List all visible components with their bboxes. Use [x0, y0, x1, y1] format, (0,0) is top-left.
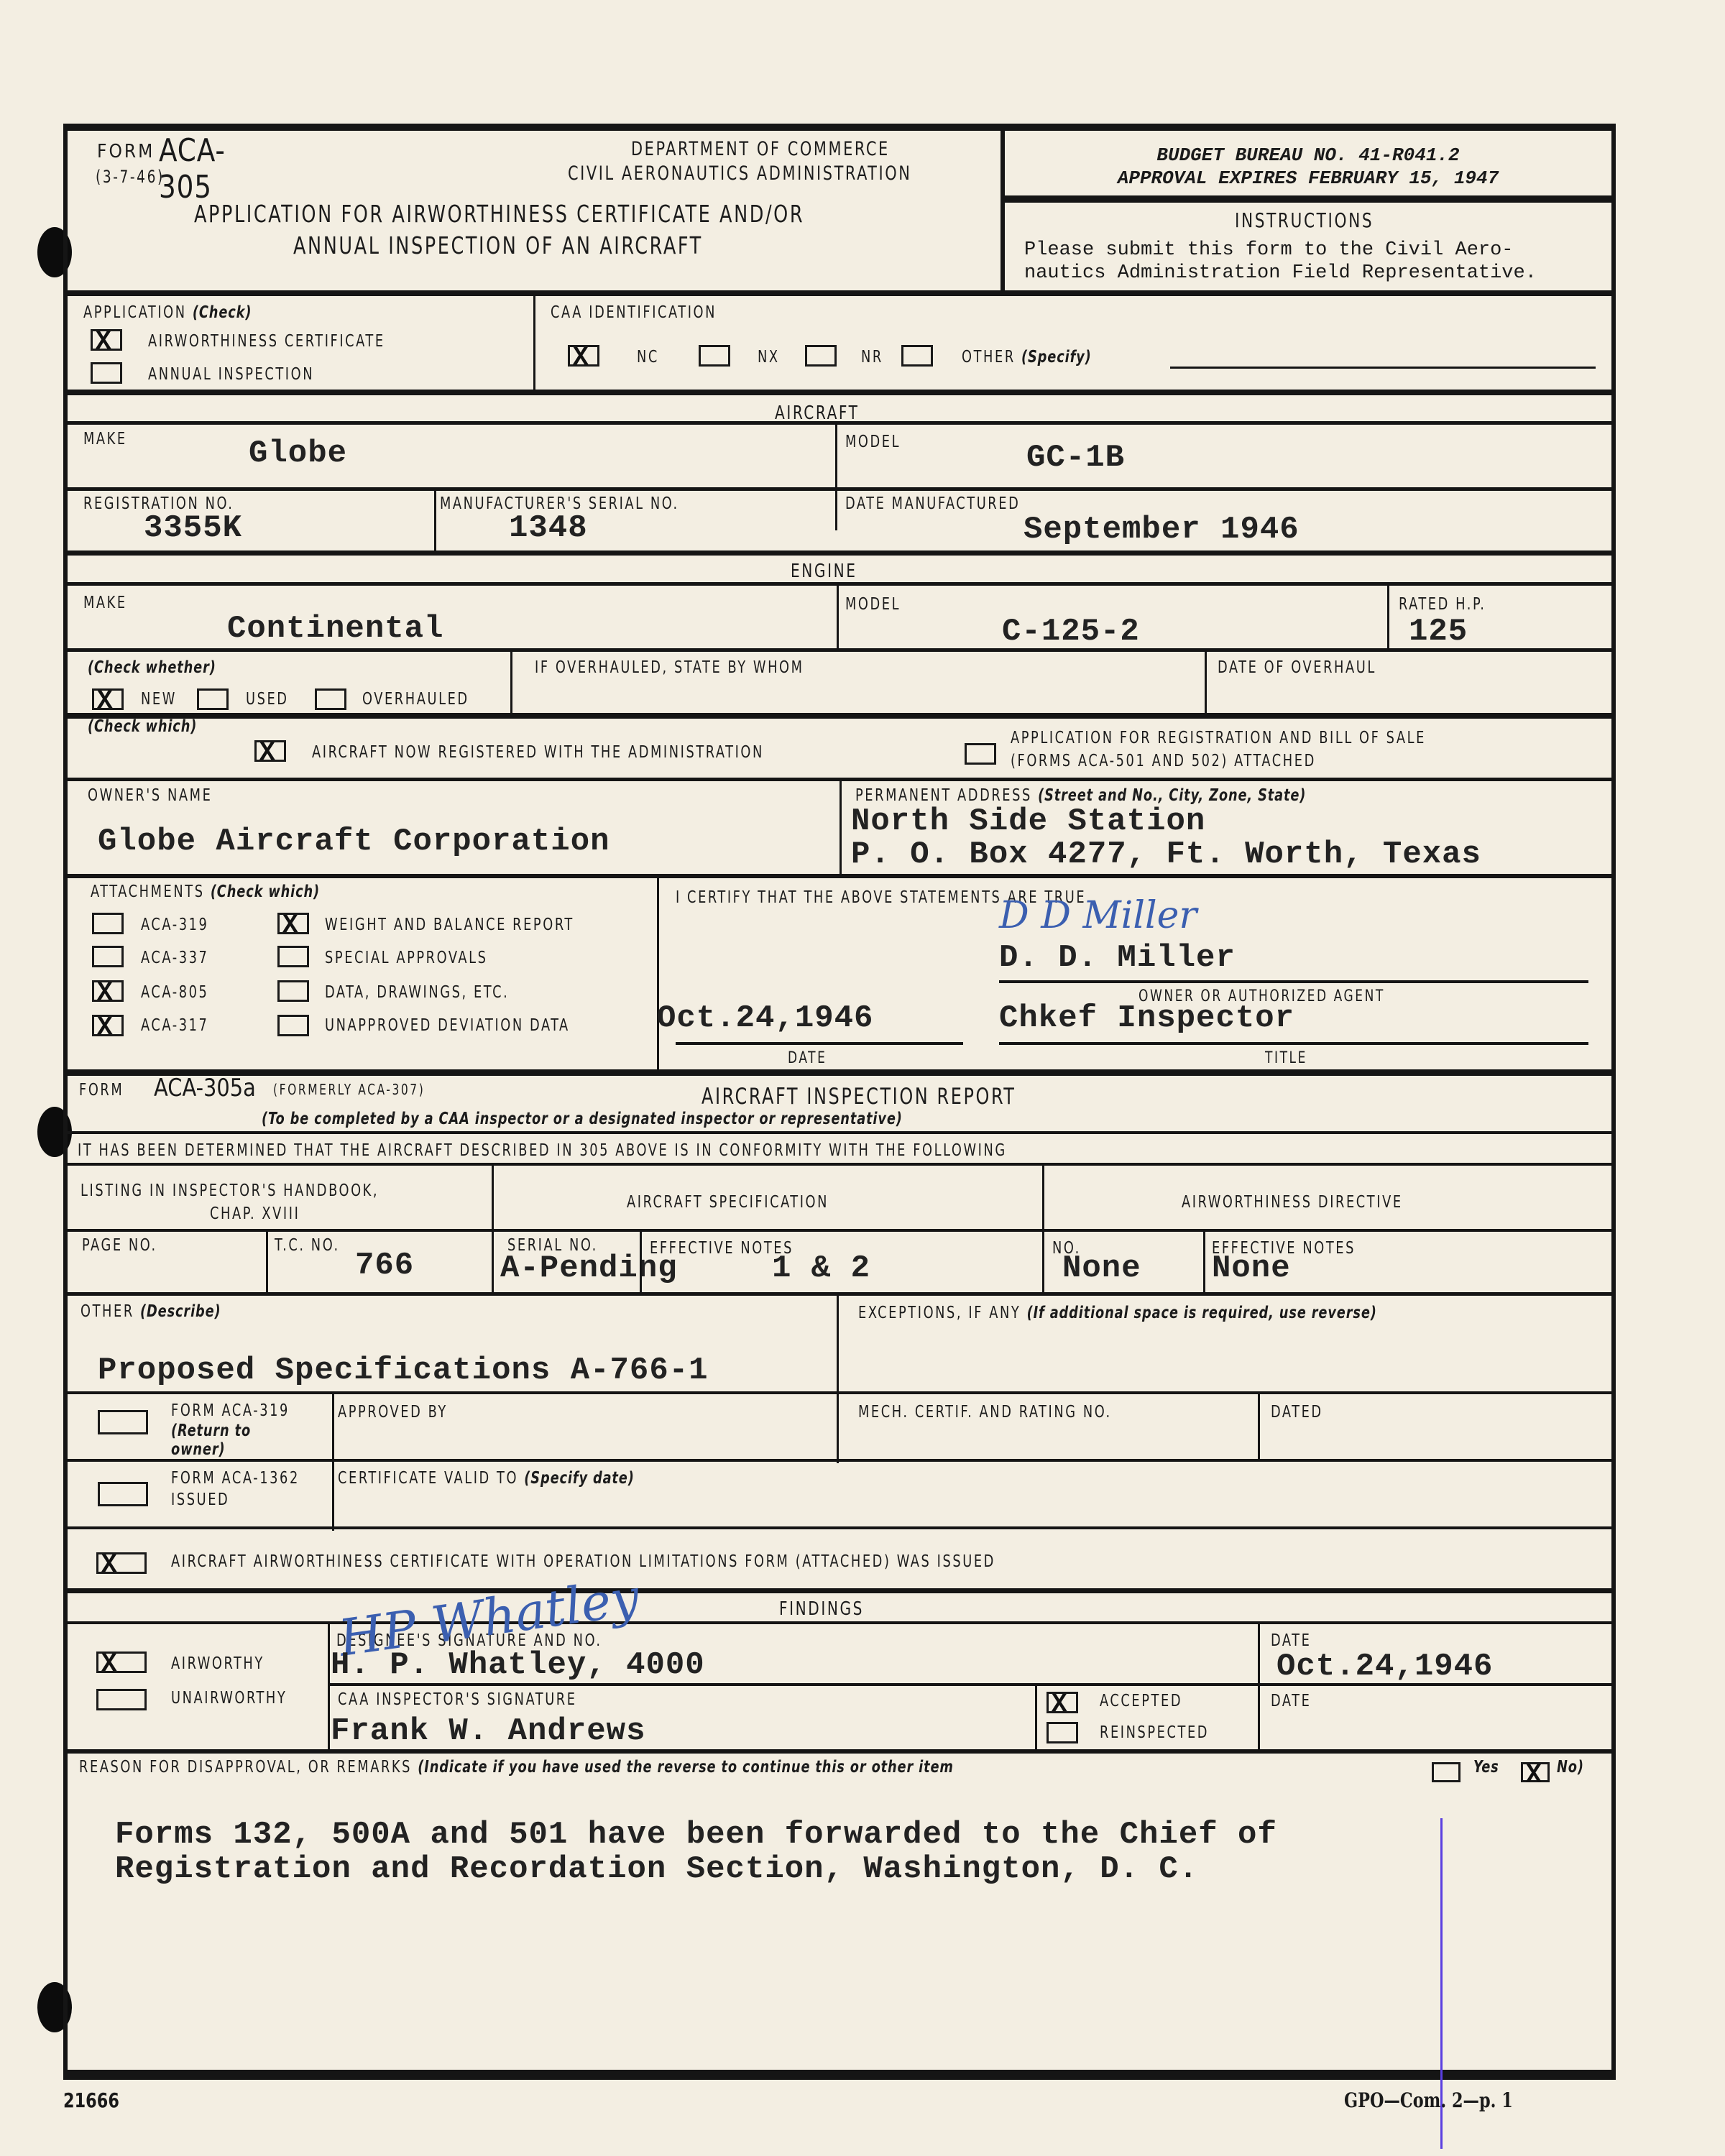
- checkbox-reinspected[interactable]: [1046, 1722, 1078, 1743]
- report-form-number: ACA-305a: [154, 1074, 256, 1102]
- budget-box: BUDGET BUREAU NO. 41-R041.2 APPROVAL EXP…: [1057, 144, 1560, 190]
- checkbox-remarks-yes[interactable]: [1432, 1762, 1460, 1782]
- owner-name[interactable]: Globe Aircraft Corporation: [98, 824, 610, 860]
- findings-date[interactable]: Oct.24,1946: [1276, 1649, 1493, 1685]
- option-used: USED: [246, 690, 289, 709]
- aircraft-registered-label: AIRCRAFT NOW REGISTERED WITH THE ADMINIS…: [312, 743, 764, 762]
- aircraft-model-label: MODEL: [845, 433, 901, 451]
- checkbox-unairworthy[interactable]: [96, 1689, 147, 1710]
- budget-bureau: BUDGET BUREAU NO. 41-R041.2: [1057, 144, 1560, 167]
- checkbox-nx[interactable]: [699, 345, 730, 367]
- remarks-line1[interactable]: Forms 132, 500A and 501 have been forwar…: [115, 1817, 1277, 1853]
- attachment-weight-balance: WEIGHT AND BALANCE REPORT: [325, 916, 574, 934]
- valid-to-label: CERTIFICATE VALID TO (Specify date): [338, 1469, 635, 1488]
- date-manufactured[interactable]: September 1946: [1023, 512, 1299, 548]
- ad-number[interactable]: None: [1062, 1250, 1141, 1286]
- date-label: DATE: [788, 1049, 827, 1067]
- checkbox-aca-337[interactable]: [92, 946, 124, 967]
- checkbox-aircraft-registered[interactable]: [254, 740, 286, 762]
- option-overhauled: OVERHAULED: [362, 690, 469, 709]
- attachment-data-drawings: DATA, DRAWINGS, ETC.: [325, 983, 509, 1002]
- checkbox-special-approvals[interactable]: [277, 946, 309, 967]
- registration-status-label: (Check which): [88, 717, 197, 736]
- handbook-chapter: CHAP. XVIII: [210, 1204, 300, 1223]
- checkbox-airworthiness-certificate[interactable]: [91, 329, 122, 351]
- checkbox-weight-balance[interactable]: [277, 913, 309, 934]
- overhaul-date-label: DATE OF OVERHAUL: [1218, 658, 1376, 677]
- certification-date[interactable]: Oct.24,1946: [657, 1000, 873, 1036]
- report-formerly: (FORMERLY ACA-307): [273, 1081, 425, 1098]
- footer-code: 21666: [63, 2088, 119, 2112]
- checkbox-nr[interactable]: [805, 345, 837, 367]
- mech-cert-label: MECH. CERTIF. AND RATING NO.: [858, 1403, 1112, 1422]
- report-form-prefix: FORM: [79, 1081, 124, 1100]
- footer-printer: GPO—Com. 2—p. 1: [1344, 2088, 1513, 2112]
- airworthiness-directive-label: AIRWORTHINESS DIRECTIVE: [1182, 1193, 1403, 1212]
- option-airworthiness-certificate: AIRWORTHINESS CERTIFICATE: [148, 332, 385, 351]
- address-line1[interactable]: North Side Station: [851, 803, 1205, 839]
- form-id: FORM ACA-305: [97, 141, 155, 162]
- checkbox-airworthy[interactable]: [96, 1651, 147, 1673]
- other-specify-field[interactable]: [1170, 367, 1596, 369]
- department: DEPARTMENT OF COMMERCE: [631, 138, 890, 160]
- other-description[interactable]: Proposed Specifications A-766-1: [98, 1353, 709, 1388]
- instructions-text: Please submit this form to the Civil Aer…: [1024, 239, 1537, 285]
- checkbox-overhauled[interactable]: [315, 688, 346, 710]
- checkbox-form-aca-319[interactable]: [98, 1410, 148, 1434]
- page-no-label: PAGE NO.: [82, 1236, 157, 1255]
- findings-title: FINDINGS: [779, 1598, 864, 1620]
- form-319-hint: (Return to owner): [171, 1422, 301, 1459]
- form-1362-issued: ISSUED: [171, 1491, 229, 1509]
- aircraft-make-label: MAKE: [83, 430, 127, 448]
- title-label: TITLE: [1265, 1049, 1307, 1067]
- other-label: OTHER (Describe): [80, 1302, 221, 1321]
- application-label: APPLICATION (Check): [83, 303, 252, 322]
- overhauled-by-label: IF OVERHAULED, STATE BY WHOM: [535, 658, 804, 677]
- option-new: NEW: [141, 690, 177, 709]
- approved-by-label: APPROVED BY: [338, 1403, 448, 1422]
- unairworthy-label: UNAIRWORTHY: [171, 1689, 287, 1708]
- owner-name-label: OWNER'S NAME: [88, 786, 212, 805]
- attachment-aca-337: ACA-337: [141, 949, 208, 967]
- remarks-yes-label: Yes: [1473, 1758, 1499, 1777]
- tc-number[interactable]: 766: [355, 1248, 414, 1284]
- attachments-label: ATTACHMENTS (Check which): [91, 883, 320, 901]
- checkbox-used[interactable]: [197, 688, 229, 710]
- administration: CIVIL AERONAUTICS ADMINISTRATION: [568, 162, 911, 185]
- form-revision-date: (3-7-46): [96, 167, 165, 187]
- checkbox-certificate-issued[interactable]: [96, 1552, 147, 1574]
- checkbox-accepted[interactable]: [1046, 1692, 1078, 1713]
- form-prefix: FORM: [97, 141, 155, 162]
- registration-application-label: APPLICATION FOR REGISTRATION AND BILL OF…: [1011, 729, 1426, 747]
- address-line2[interactable]: P. O. Box 4277, Ft. Worth, Texas: [851, 837, 1481, 872]
- remarks-label: REASON FOR DISAPPROVAL, OR REMARKS (Indi…: [79, 1758, 954, 1777]
- engine-make[interactable]: Continental: [227, 611, 443, 647]
- attachment-aca-805: ACA-805: [141, 983, 208, 1002]
- airworthy-label: AIRWORTHY: [171, 1654, 264, 1673]
- attachment-aca-319: ACA-319: [141, 916, 208, 934]
- approval-expires: APPROVAL EXPIRES FEBRUARY 15, 1947: [1057, 167, 1560, 190]
- rated-hp-label: RATED H.P.: [1399, 595, 1486, 614]
- engine-model[interactable]: C-125-2: [1002, 614, 1140, 650]
- option-nx: NX: [758, 348, 780, 367]
- spec-notes[interactable]: 1 & 2: [772, 1250, 870, 1286]
- checkbox-aca-317[interactable]: [92, 1015, 124, 1036]
- registration-number[interactable]: 3355K: [144, 510, 242, 546]
- engine-section-title: ENGINE: [791, 561, 857, 582]
- caa-inspector[interactable]: Frank W. Andrews: [331, 1713, 645, 1749]
- owner-signature: D D Miller: [999, 894, 1197, 937]
- exceptions-label: EXCEPTIONS, IF ANY (If additional space …: [858, 1304, 1377, 1322]
- option-other: OTHER (Specify): [962, 348, 1092, 367]
- engine-condition-label: (Check whether): [88, 658, 216, 677]
- caa-identification-label: CAA IDENTIFICATION: [551, 303, 717, 322]
- form-title-line2: ANNUAL INSPECTION OF AN AIRCRAFT: [293, 231, 703, 259]
- checkbox-remarks-no[interactable]: [1521, 1762, 1550, 1782]
- checkbox-unapproved-deviation[interactable]: [277, 1015, 309, 1036]
- date-manufactured-label: DATE MANUFACTURED: [845, 494, 1020, 513]
- remarks-no-label: No): [1557, 1758, 1584, 1777]
- checkbox-registration-application[interactable]: [965, 743, 996, 765]
- accepted-label: ACCEPTED: [1100, 1692, 1182, 1710]
- checkbox-annual-inspection[interactable]: [91, 362, 122, 384]
- option-nr: NR: [861, 348, 883, 367]
- designee-name-number[interactable]: H. P. Whatley, 4000: [331, 1647, 705, 1683]
- attachment-special-approvals: SPECIAL APPROVALS: [325, 949, 487, 967]
- findings-date2-label: DATE: [1271, 1692, 1311, 1710]
- form-319-label: FORM ACA-319: [171, 1401, 290, 1420]
- report-subtitle: (To be completed by a CAA inspector or a…: [262, 1110, 903, 1128]
- agent-name[interactable]: D. D. Miller: [999, 940, 1236, 976]
- checkbox-aca-319[interactable]: [92, 913, 124, 934]
- checkbox-data-drawings[interactable]: [277, 980, 309, 1002]
- form-number: ACA-305: [159, 132, 226, 206]
- aircraft-specification-label: AIRCRAFT SPECIFICATION: [627, 1193, 829, 1212]
- handbook-label: LISTING IN INSPECTOR'S HANDBOOK,: [80, 1181, 379, 1200]
- aircraft-make[interactable]: Globe: [249, 436, 347, 471]
- rated-hp[interactable]: 125: [1409, 614, 1468, 650]
- engine-model-label: MODEL: [845, 595, 901, 614]
- checkbox-form-aca-1362[interactable]: [98, 1482, 148, 1506]
- dated-label: DATED: [1271, 1403, 1323, 1422]
- attachment-aca-317: ACA-317: [141, 1016, 208, 1035]
- ad-notes[interactable]: None: [1212, 1250, 1291, 1286]
- form-title-line1: APPLICATION FOR AIRWORTHINESS CERTIFICAT…: [194, 200, 804, 228]
- remarks-line2[interactable]: Registration and Recordation Section, Wa…: [115, 1851, 1198, 1887]
- manufacturer-serial[interactable]: 1348: [509, 510, 588, 546]
- tc-no-label: T.C. NO.: [275, 1236, 340, 1255]
- caa-inspector-label: CAA INSPECTOR'S SIGNATURE: [338, 1690, 577, 1709]
- conformity-statement: IT HAS BEEN DETERMINED THAT THE AIRCRAFT…: [78, 1141, 1007, 1160]
- report-title: AIRCRAFT INSPECTION REPORT: [701, 1084, 1016, 1110]
- agent-title[interactable]: Chkef Inspector: [999, 1000, 1294, 1036]
- checkbox-aca-805[interactable]: [92, 980, 124, 1002]
- findings-date-label: DATE: [1271, 1631, 1311, 1650]
- option-nc: NC: [637, 348, 659, 367]
- aircraft-model[interactable]: GC-1B: [1026, 440, 1125, 476]
- certificate-issued-label: AIRCRAFT AIRWORTHINESS CERTIFICATE WITH …: [171, 1552, 995, 1571]
- attachment-unapproved-deviation: UNAPPROVED DEVIATION DATA: [325, 1016, 570, 1035]
- engine-make-label: MAKE: [83, 594, 127, 612]
- option-annual-inspection: ANNUAL INSPECTION: [148, 365, 314, 384]
- checkbox-other[interactable]: [901, 345, 933, 367]
- registration-application-forms: (FORMS ACA-501 AND 502) ATTACHED: [1011, 752, 1316, 770]
- instructions-title: INSTRUCTIONS: [1235, 208, 1374, 232]
- reinspected-label: REINSPECTED: [1100, 1723, 1209, 1742]
- form-1362-label: FORM ACA-1362: [171, 1469, 300, 1488]
- checkbox-new[interactable]: [92, 688, 124, 710]
- checkbox-nc[interactable]: [568, 345, 599, 367]
- address-label: PERMANENT ADDRESS (Street and No., City,…: [855, 786, 1306, 805]
